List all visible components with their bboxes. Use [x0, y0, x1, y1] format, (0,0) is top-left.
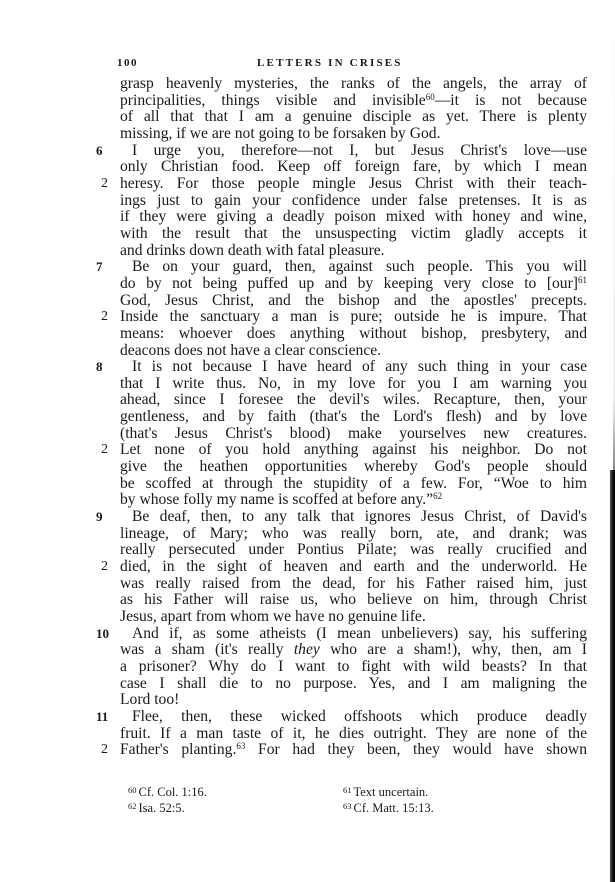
line-text-run: Jesus, apart from whom we have no genuin…: [120, 608, 426, 625]
line-text-run: God, Jesus Christ, and the bishop and th…: [120, 292, 587, 309]
footnote-62: 62Isa. 52:5.: [128, 799, 185, 817]
text-line: 2Father's planting.63 For had they been,…: [96, 742, 590, 759]
line-text: I urge you, therefore—not I, but Jesus C…: [120, 143, 587, 160]
running-title: LETTERS IN CRISES: [257, 57, 403, 69]
emphasis: they: [294, 641, 320, 658]
text-line: 2died, in the sight of heaven and earth …: [96, 559, 590, 576]
footnote-row: 62Isa. 52:5. 63Cf. Matt. 15:13.: [128, 799, 568, 815]
line-text: And if, as some atheists (I mean unbelie…: [120, 626, 587, 643]
text-line: be scoffed at through the stupidity of a…: [96, 476, 590, 493]
line-text: of all that that I am a genuine disciple…: [120, 109, 587, 126]
footnote-mark: 60: [128, 785, 137, 795]
text-line: was really raised from the dead, for his…: [96, 576, 590, 593]
text-line: as his Father will raise us, who believe…: [96, 592, 590, 609]
line-text: It is not because I have heard of any su…: [120, 359, 587, 376]
text-line: give the heathen opportunities whereby G…: [96, 459, 590, 476]
text-line: case I shall die to no purpose. Yes, and…: [96, 676, 590, 693]
line-text: died, in the sight of heaven and earth a…: [120, 559, 587, 576]
text-line: gentleness, and by faith (that's the Lor…: [96, 409, 590, 426]
footnote-text: Isa. 52:5.: [139, 801, 185, 815]
text-line: ahead, since I foresee the devil's wiles…: [96, 392, 590, 409]
line-text-run: with the result that the unsuspecting vi…: [120, 225, 587, 242]
line-text-run: ings just to gain your confidence under …: [120, 192, 587, 209]
line-text-run: Be on your guard, then, against such peo…: [132, 258, 587, 275]
line-text: was really raised from the dead, for his…: [120, 576, 587, 593]
line-text: really persecuted under Pontius Pilate; …: [120, 542, 587, 559]
line-text-run: Inside the sanctuary a man is pure; outs…: [120, 308, 587, 325]
line-text-run: For had they been, they would have shown: [245, 741, 587, 758]
line-text-run: died, in the sight of heaven and earth a…: [120, 558, 587, 575]
line-text-run: and drinks down death with fatal pleasur…: [120, 242, 385, 259]
footnote-text: Cf. Matt. 15:13.: [354, 801, 434, 815]
line-text: Inside the sanctuary a man is pure; outs…: [120, 309, 587, 326]
line-text-run: gentleness, and by faith (that's the Lor…: [120, 408, 587, 425]
line-text-run: by whose folly my name is scoffed at bef…: [120, 491, 433, 508]
line-text-run: grasp heavenly mysteries, the ranks of t…: [120, 75, 587, 92]
line-text: give the heathen opportunities whereby G…: [120, 459, 587, 476]
line-text: was a sham (it's really they who are a s…: [120, 642, 587, 659]
text-line: with the result that the unsuspecting vi…: [96, 226, 590, 243]
section-number: 6: [96, 143, 116, 160]
line-text-run: Father's planting.: [120, 741, 236, 758]
line-text-run: Flee, then, these wicked offshoots which…: [132, 708, 587, 725]
line-text-run: fruit. If a man taste of it, he dies out…: [120, 725, 587, 742]
text-line: by whose folly my name is scoffed at bef…: [96, 492, 590, 509]
line-text-run: case I shall die to no purpose. Yes, and…: [120, 675, 587, 692]
line-text: Be on your guard, then, against such peo…: [120, 259, 587, 276]
text-line: deacons does not have a clear conscience…: [96, 343, 590, 360]
text-line: Jesus, apart from whom we have no genuin…: [96, 609, 590, 626]
line-text: heresy. For those people mingle Jesus Ch…: [120, 176, 587, 193]
subsection-number: 2: [101, 309, 121, 326]
text-line: (that's Jesus Christ's blood) make yours…: [96, 426, 590, 443]
text-line: 2Inside the sanctuary a man is pure; out…: [96, 309, 590, 326]
text-line: 2Let none of you hold anything against h…: [96, 442, 590, 459]
text-line: and drinks down death with fatal pleasur…: [96, 243, 590, 260]
line-text: case I shall die to no purpose. Yes, and…: [120, 676, 587, 693]
page-number: 100: [117, 57, 138, 69]
line-text-run: if they were giving a deadly poison mixe…: [120, 208, 587, 225]
line-text-run: principalities, things visible and invis…: [120, 92, 426, 109]
text-line: fruit. If a man taste of it, he dies out…: [96, 726, 590, 743]
line-text-run: It is not because I have heard of any su…: [132, 358, 587, 375]
line-text: grasp heavenly mysteries, the ranks of t…: [120, 76, 587, 93]
line-text-run: give the heathen opportunities whereby G…: [120, 458, 587, 475]
text-line: 10And if, as some atheists (I mean unbel…: [96, 626, 590, 643]
text-line: means: whoever does anything without bis…: [96, 326, 590, 343]
text-line: was a sham (it's really they who are a s…: [96, 642, 590, 659]
line-text: means: whoever does anything without bis…: [120, 326, 587, 343]
line-text: Father's planting.63 For had they been, …: [120, 742, 587, 759]
line-text-run: And if, as some atheists (I mean unbelie…: [132, 625, 587, 642]
text-line: that I write thus. No, in my love for yo…: [96, 376, 590, 393]
line-text-run: (that's Jesus Christ's blood) make yours…: [120, 425, 587, 442]
text-line: 6I urge you, therefore—not I, but Jesus …: [96, 143, 590, 160]
line-text: missing, if we are not going to be forsa…: [120, 126, 587, 143]
line-text-run: deacons does not have a clear conscience…: [120, 342, 381, 359]
line-text-run: was really raised from the dead, for his…: [120, 575, 587, 592]
line-text-run: I urge you, therefore—not I, but Jesus C…: [132, 142, 587, 159]
text-line: principalities, things visible and invis…: [96, 93, 590, 110]
page-edge-shadow: [610, 470, 615, 882]
line-text: by whose folly my name is scoffed at bef…: [120, 492, 587, 509]
line-text: Flee, then, these wicked offshoots which…: [120, 709, 587, 726]
footnote-mark: 61: [343, 785, 352, 795]
subsection-number: 2: [101, 176, 121, 193]
line-text-run: heresy. For those people mingle Jesus Ch…: [120, 175, 587, 192]
text-line: of all that that I am a genuine disciple…: [96, 109, 590, 126]
line-text: Let none of you hold anything against hi…: [120, 442, 587, 459]
footnote-63: 63Cf. Matt. 15:13.: [343, 799, 434, 817]
running-head: 100 LETTERS IN CRISES: [117, 57, 577, 73]
section-number: 9: [96, 509, 116, 526]
line-text-run: Let none of you hold anything against hi…: [120, 441, 587, 458]
text-line: do by not being puffed up and by keeping…: [96, 276, 590, 293]
text-line: 8It is not because I have heard of any s…: [96, 359, 590, 376]
subsection-number: 2: [101, 442, 121, 459]
section-number: 10: [96, 626, 116, 643]
line-text: ahead, since I foresee the devil's wiles…: [120, 392, 587, 409]
line-text-run: was a sham (it's really: [120, 641, 294, 658]
line-text: Jesus, apart from whom we have no genuin…: [120, 609, 587, 626]
line-text: lineage, of Mary; who was really born, a…: [120, 526, 587, 543]
footnotes: 60Cf. Col. 1:16. 61Text uncertain. 62Isa…: [128, 783, 568, 814]
line-text-run: be scoffed at through the stupidity of a…: [120, 475, 587, 492]
text-line: 9Be deaf, then, to any talk that ignores…: [96, 509, 590, 526]
footnote-reference[interactable]: 62: [433, 491, 442, 501]
line-text: Be deaf, then, to any talk that ignores …: [120, 509, 587, 526]
text-line: lineage, of Mary; who was really born, a…: [96, 526, 590, 543]
subsection-number: 2: [101, 559, 121, 576]
line-text-run: —it is not because: [435, 92, 587, 109]
line-text: do by not being puffed up and by keeping…: [120, 276, 587, 293]
line-text-run: lineage, of Mary; who was really born, a…: [120, 525, 587, 542]
text-line: a prisoner? Why do I want to fight with …: [96, 659, 590, 676]
line-text: that I write thus. No, in my love for yo…: [120, 376, 587, 393]
footnote-text: Cf. Col. 1:16.: [139, 785, 207, 799]
text-line: really persecuted under Pontius Pilate; …: [96, 542, 590, 559]
line-text: gentleness, and by faith (that's the Lor…: [120, 409, 587, 426]
line-text-run: ahead, since I foresee the devil's wiles…: [120, 391, 587, 408]
footnote-reference[interactable]: 61: [578, 275, 587, 285]
line-text-run: who are a sham!), why, then, am I: [320, 641, 587, 658]
line-text-run: only Christian food. Keep off foreign fa…: [120, 158, 587, 175]
text-line: God, Jesus Christ, and the bishop and th…: [96, 293, 590, 310]
text-line: Lord too!: [96, 692, 590, 709]
text-line: missing, if we are not going to be forsa…: [96, 126, 590, 143]
line-text: God, Jesus Christ, and the bishop and th…: [120, 293, 587, 310]
text-line: 2heresy. For those people mingle Jesus C…: [96, 176, 590, 193]
line-text: Lord too!: [120, 692, 587, 709]
footnote-mark: 62: [128, 801, 137, 811]
section-number: 11: [96, 709, 116, 726]
line-text-run: as his Father will raise us, who believe…: [120, 591, 587, 608]
line-text: with the result that the unsuspecting vi…: [120, 226, 587, 243]
line-text-run: means: whoever does anything without bis…: [120, 325, 587, 342]
line-text: (that's Jesus Christ's blood) make yours…: [120, 426, 587, 443]
text-line: ings just to gain your confidence under …: [96, 193, 590, 210]
line-text: as his Father will raise us, who believe…: [120, 592, 587, 609]
subsection-number: 2: [101, 742, 121, 759]
line-text-run: Lord too!: [120, 691, 179, 708]
text-line: 7Be on your guard, then, against such pe…: [96, 259, 590, 276]
line-text-run: Be deaf, then, to any talk that ignores …: [132, 508, 587, 525]
text-line: 11Flee, then, these wicked offshoots whi…: [96, 709, 590, 726]
line-text: a prisoner? Why do I want to fight with …: [120, 659, 587, 676]
line-text: be scoffed at through the stupidity of a…: [120, 476, 587, 493]
section-number: 7: [96, 259, 116, 276]
body-text: grasp heavenly mysteries, the ranks of t…: [96, 76, 590, 759]
footnote-text: Text uncertain.: [354, 785, 429, 799]
line-text: if they were giving a deadly poison mixe…: [120, 209, 587, 226]
text-line: grasp heavenly mysteries, the ranks of t…: [96, 76, 590, 93]
line-text-run: that I write thus. No, in my love for yo…: [120, 375, 587, 392]
line-text-run: do by not being puffed up and by keeping…: [120, 275, 578, 292]
line-text-run: a prisoner? Why do I want to fight with …: [120, 658, 587, 675]
footnote-mark: 63: [343, 801, 352, 811]
line-text: only Christian food. Keep off foreign fa…: [120, 159, 587, 176]
line-text-run: really persecuted under Pontius Pilate; …: [120, 541, 587, 558]
line-text: deacons does not have a clear conscience…: [120, 343, 587, 360]
section-number: 8: [96, 359, 116, 376]
line-text: principalities, things visible and invis…: [120, 93, 587, 110]
line-text-run: missing, if we are not going to be forsa…: [120, 125, 440, 142]
footnote-row: 60Cf. Col. 1:16. 61Text uncertain.: [128, 783, 568, 799]
line-text: and drinks down death with fatal pleasur…: [120, 243, 587, 260]
text-line: only Christian food. Keep off foreign fa…: [96, 159, 590, 176]
footnote-reference[interactable]: 60: [426, 92, 435, 102]
line-text: ings just to gain your confidence under …: [120, 193, 587, 210]
text-line: if they were giving a deadly poison mixe…: [96, 209, 590, 226]
line-text-run: of all that that I am a genuine disciple…: [120, 108, 587, 125]
line-text: fruit. If a man taste of it, he dies out…: [120, 726, 587, 743]
